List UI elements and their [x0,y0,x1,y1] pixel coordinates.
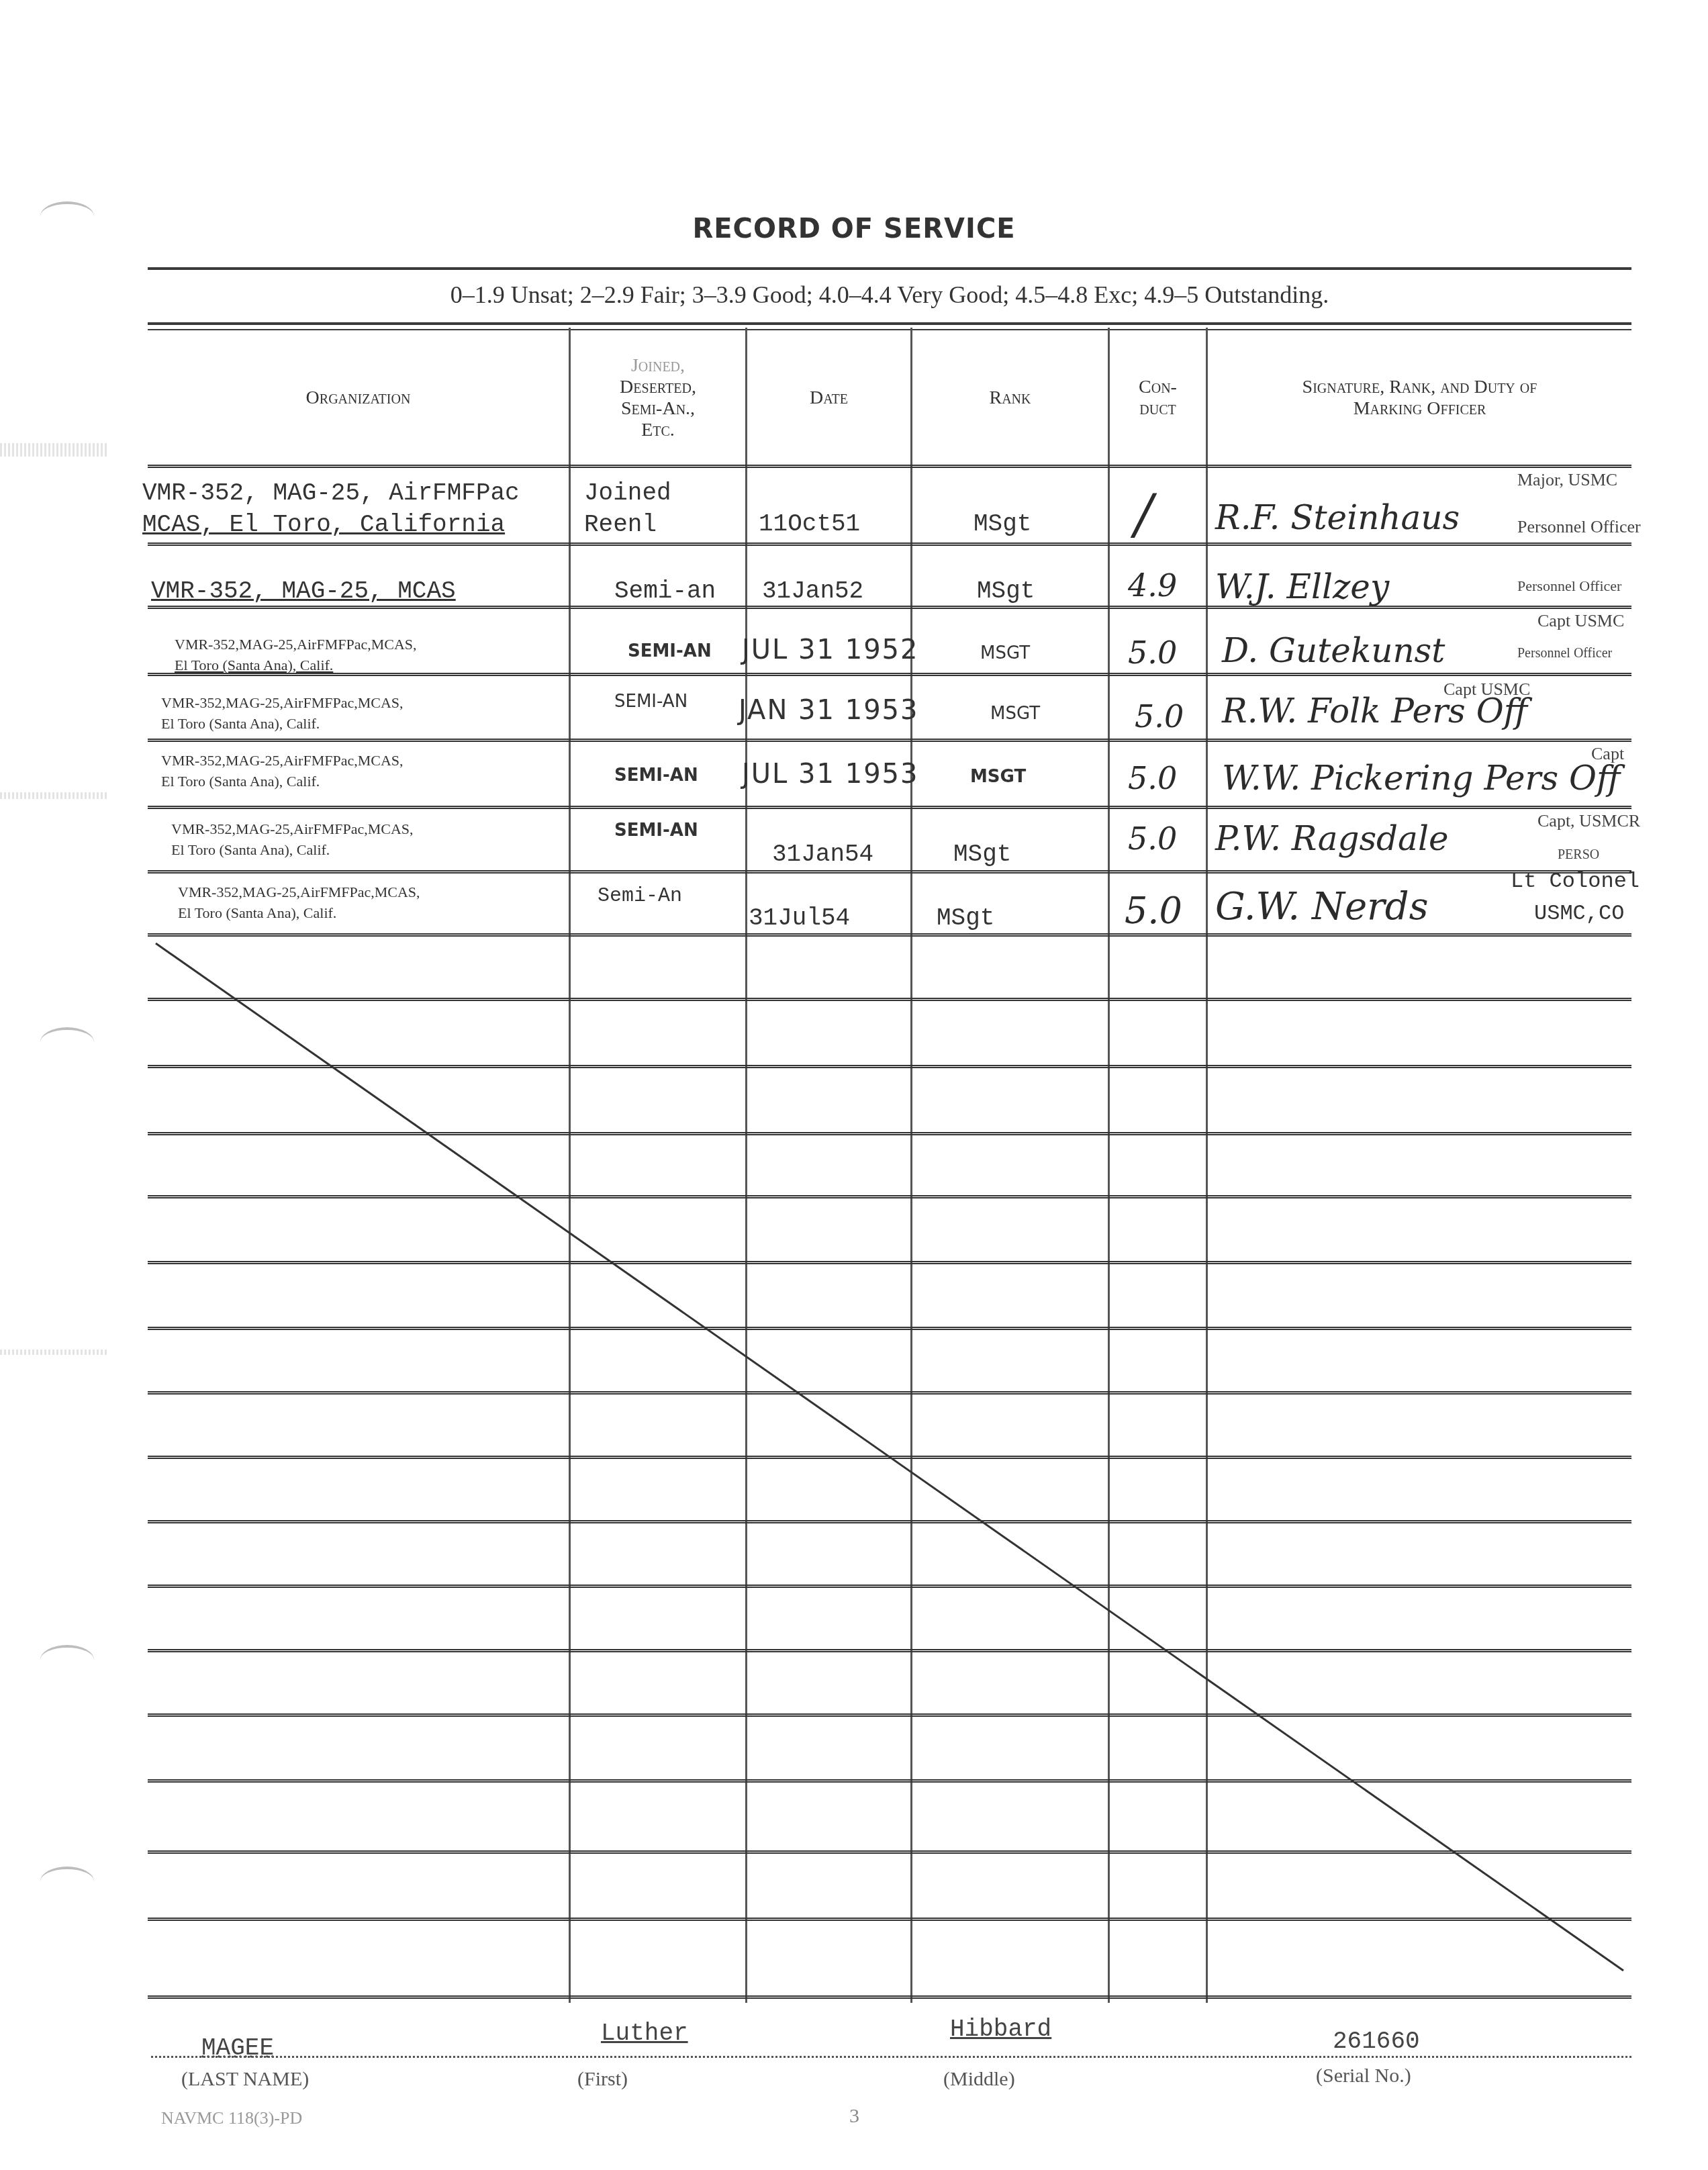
middle-name-value: Hibbard [950,2016,1051,2043]
strike-through-line [0,0,1708,2170]
page-number: 3 [849,2105,859,2128]
first-name-value: Luther [601,2020,688,2047]
first-name-label: (First) [577,2068,628,2091]
last-name-label: (LAST NAME) [181,2068,309,2091]
form-id: NAVMC 118(3)-PD [161,2108,302,2128]
serial-number-label: (Serial No.) [1316,2065,1411,2087]
serial-number-value: 261660 [1333,2028,1420,2055]
middle-name-label: (Middle) [943,2068,1015,2091]
footer-divider [151,2056,1631,2058]
